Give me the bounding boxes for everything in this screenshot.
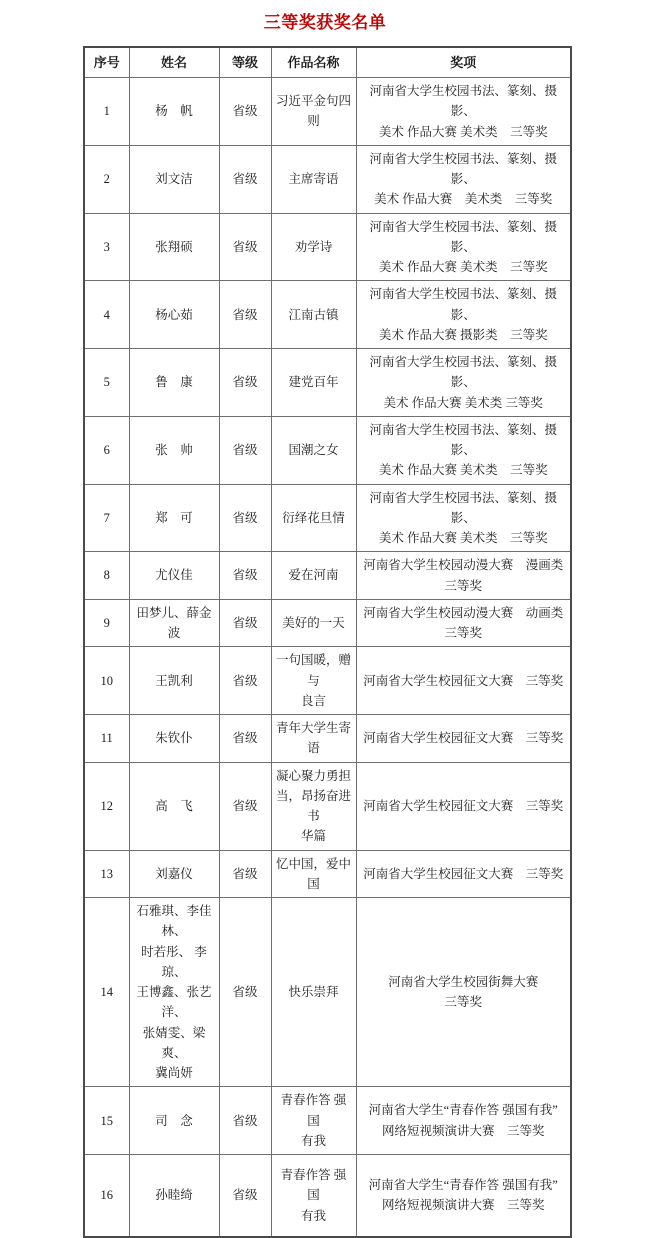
header-award: 奖项 <box>356 47 571 78</box>
cell-serial-number: 2 <box>84 145 129 213</box>
table-row: 13刘嘉仪省级忆中国，爱中国河南省大学生校园征文大赛 三等奖 <box>84 850 571 898</box>
document-page: 三等奖获奖名单 序号 姓名 等级 作品名称 奖项 1杨 帆省级习近平金句四 则河… <box>0 0 650 1238</box>
table-row: 2刘文洁省级主席寄语河南省大学生校园书法、篆刻、摄影、 美术 作品大赛 美术类 … <box>84 145 571 213</box>
cell-award: 河南省大学生校园书法、篆刻、摄影、 美术 作品大赛 美术类 三等奖 <box>356 213 571 281</box>
cell-work-title: 青春作答 强国 有我 <box>271 1155 356 1237</box>
cell-award: 河南省大学生校园书法、篆刻、摄影、 美术 作品大赛 摄影类 三等奖 <box>356 281 571 349</box>
cell-award: 河南省大学生“青春作答 强国有我” 网络短视频演讲大赛 三等奖 <box>356 1087 571 1155</box>
table-row: 9田梦儿、薛金波省级美好的一天河南省大学生校园动漫大赛 动画类 三等奖 <box>84 599 571 647</box>
table-row: 16孙睦绮省级青春作答 强国 有我河南省大学生“青春作答 强国有我” 网络短视频… <box>84 1155 571 1237</box>
cell-work-title: 一句国暖，赠与 良言 <box>271 647 356 715</box>
cell-level: 省级 <box>219 898 271 1087</box>
cell-level: 省级 <box>219 1087 271 1155</box>
cell-level: 省级 <box>219 599 271 647</box>
cell-winner-name: 司 念 <box>129 1087 219 1155</box>
cell-award: 河南省大学生校园书法、篆刻、摄影、 美术 作品大赛 美术类 三等奖 <box>356 78 571 146</box>
table-row: 11朱钦仆省级青年大学生寄 语河南省大学生校园征文大赛 三等奖 <box>84 715 571 763</box>
table-header: 序号 姓名 等级 作品名称 奖项 <box>84 47 571 78</box>
cell-winner-name: 杨 帆 <box>129 78 219 146</box>
cell-level: 省级 <box>219 484 271 552</box>
cell-serial-number: 13 <box>84 850 129 898</box>
cell-winner-name: 张翔硕 <box>129 213 219 281</box>
cell-work-title: 衍绎花旦情 <box>271 484 356 552</box>
cell-work-title: 快乐崇拜 <box>271 898 356 1087</box>
cell-serial-number: 7 <box>84 484 129 552</box>
cell-award: 河南省大学生校园书法、篆刻、摄影、 美术 作品大赛 美术类 三等奖 <box>356 484 571 552</box>
cell-winner-name: 郑 可 <box>129 484 219 552</box>
cell-award: 河南省大学生校园动漫大赛 动画类 三等奖 <box>356 599 571 647</box>
cell-winner-name: 王凯利 <box>129 647 219 715</box>
cell-level: 省级 <box>219 647 271 715</box>
header-row: 序号 姓名 等级 作品名称 奖项 <box>84 47 571 78</box>
cell-serial-number: 11 <box>84 715 129 763</box>
cell-work-title: 主席寄语 <box>271 145 356 213</box>
cell-work-title: 建党百年 <box>271 349 356 417</box>
table-row: 15司 念省级青春作答 强国 有我河南省大学生“青春作答 强国有我” 网络短视频… <box>84 1087 571 1155</box>
cell-award: 河南省大学生校园书法、篆刻、摄影、 美术 作品大赛 美术类 三等奖 <box>356 416 571 484</box>
cell-work-title: 江南古镇 <box>271 281 356 349</box>
cell-work-title: 美好的一天 <box>271 599 356 647</box>
table-row: 1杨 帆省级习近平金句四 则河南省大学生校园书法、篆刻、摄影、 美术 作品大赛 … <box>84 78 571 146</box>
cell-level: 省级 <box>219 349 271 417</box>
cell-serial-number: 5 <box>84 349 129 417</box>
cell-award: 河南省大学生校园征文大赛 三等奖 <box>356 762 571 850</box>
cell-work-title: 忆中国，爱中国 <box>271 850 356 898</box>
cell-winner-name: 田梦儿、薛金波 <box>129 599 219 647</box>
header-level: 等级 <box>219 47 271 78</box>
cell-work-title: 爱在河南 <box>271 552 356 600</box>
table-row: 6张 帅省级国潮之女河南省大学生校园书法、篆刻、摄影、 美术 作品大赛 美术类 … <box>84 416 571 484</box>
cell-serial-number: 14 <box>84 898 129 1087</box>
cell-work-title: 青春作答 强国 有我 <box>271 1087 356 1155</box>
cell-winner-name: 杨心茹 <box>129 281 219 349</box>
cell-work-title: 青年大学生寄 语 <box>271 715 356 763</box>
table-row: 4杨心茹省级江南古镇河南省大学生校园书法、篆刻、摄影、 美术 作品大赛 摄影类 … <box>84 281 571 349</box>
cell-winner-name: 高 飞 <box>129 762 219 850</box>
cell-serial-number: 12 <box>84 762 129 850</box>
cell-level: 省级 <box>219 145 271 213</box>
table-row: 5鲁 康省级建党百年河南省大学生校园书法、篆刻、摄影、 美术 作品大赛 美术类 … <box>84 349 571 417</box>
cell-serial-number: 4 <box>84 281 129 349</box>
cell-winner-name: 鲁 康 <box>129 349 219 417</box>
table-row: 7郑 可省级衍绎花旦情河南省大学生校园书法、篆刻、摄影、 美术 作品大赛 美术类… <box>84 484 571 552</box>
cell-winner-name: 刘嘉仪 <box>129 850 219 898</box>
cell-award: 河南省大学生校园街舞大赛 三等奖 <box>356 898 571 1087</box>
cell-winner-name: 刘文洁 <box>129 145 219 213</box>
header-work-title: 作品名称 <box>271 47 356 78</box>
cell-level: 省级 <box>219 552 271 600</box>
cell-award: 河南省大学生校园动漫大赛 漫画类 三等奖 <box>356 552 571 600</box>
cell-serial-number: 9 <box>84 599 129 647</box>
cell-work-title: 凝心聚力勇担 当，昂扬奋进书 华篇 <box>271 762 356 850</box>
cell-serial-number: 16 <box>84 1155 129 1237</box>
cell-award: 河南省大学生校园征文大赛 三等奖 <box>356 850 571 898</box>
cell-serial-number: 6 <box>84 416 129 484</box>
cell-serial-number: 3 <box>84 213 129 281</box>
cell-serial-number: 1 <box>84 78 129 146</box>
cell-award: 河南省大学生校园书法、篆刻、摄影、 美术 作品大赛 美术类 三等奖 <box>356 349 571 417</box>
cell-award: 河南省大学生校园书法、篆刻、摄影、 美术 作品大赛 美术类 三等奖 <box>356 145 571 213</box>
header-serial-number: 序号 <box>84 47 129 78</box>
cell-level: 省级 <box>219 715 271 763</box>
cell-level: 省级 <box>219 1155 271 1237</box>
cell-serial-number: 8 <box>84 552 129 600</box>
cell-award: 河南省大学生校园征文大赛 三等奖 <box>356 715 571 763</box>
awards-table: 序号 姓名 等级 作品名称 奖项 1杨 帆省级习近平金句四 则河南省大学生校园书… <box>83 46 572 1238</box>
table-row: 12高 飞省级凝心聚力勇担 当，昂扬奋进书 华篇河南省大学生校园征文大赛 三等奖 <box>84 762 571 850</box>
cell-winner-name: 石雅琪、李佳林、 时若彤、 李 琼、 王博鑫、张艺洋、 张婧雯、梁 爽、 冀尚妍 <box>129 898 219 1087</box>
cell-level: 省级 <box>219 850 271 898</box>
cell-work-title: 劝学诗 <box>271 213 356 281</box>
cell-level: 省级 <box>219 213 271 281</box>
cell-winner-name: 尤仪佳 <box>129 552 219 600</box>
cell-serial-number: 10 <box>84 647 129 715</box>
cell-award: 河南省大学生校园征文大赛 三等奖 <box>356 647 571 715</box>
table-row: 14石雅琪、李佳林、 时若彤、 李 琼、 王博鑫、张艺洋、 张婧雯、梁 爽、 冀… <box>84 898 571 1087</box>
table-body: 1杨 帆省级习近平金句四 则河南省大学生校园书法、篆刻、摄影、 美术 作品大赛 … <box>84 78 571 1237</box>
table-row: 8尤仪佳省级爱在河南河南省大学生校园动漫大赛 漫画类 三等奖 <box>84 552 571 600</box>
cell-level: 省级 <box>219 78 271 146</box>
cell-winner-name: 朱钦仆 <box>129 715 219 763</box>
table-row: 3张翔硕省级劝学诗河南省大学生校园书法、篆刻、摄影、 美术 作品大赛 美术类 三… <box>84 213 571 281</box>
cell-work-title: 国潮之女 <box>271 416 356 484</box>
cell-serial-number: 15 <box>84 1087 129 1155</box>
table-row: 10王凯利省级一句国暖，赠与 良言河南省大学生校园征文大赛 三等奖 <box>84 647 571 715</box>
cell-winner-name: 张 帅 <box>129 416 219 484</box>
cell-award: 河南省大学生“青春作答 强国有我” 网络短视频演讲大赛 三等奖 <box>356 1155 571 1237</box>
cell-level: 省级 <box>219 762 271 850</box>
cell-work-title: 习近平金句四 则 <box>271 78 356 146</box>
cell-level: 省级 <box>219 416 271 484</box>
cell-level: 省级 <box>219 281 271 349</box>
page-title: 三等奖获奖名单 <box>0 8 650 33</box>
cell-winner-name: 孙睦绮 <box>129 1155 219 1237</box>
header-name: 姓名 <box>129 47 219 78</box>
